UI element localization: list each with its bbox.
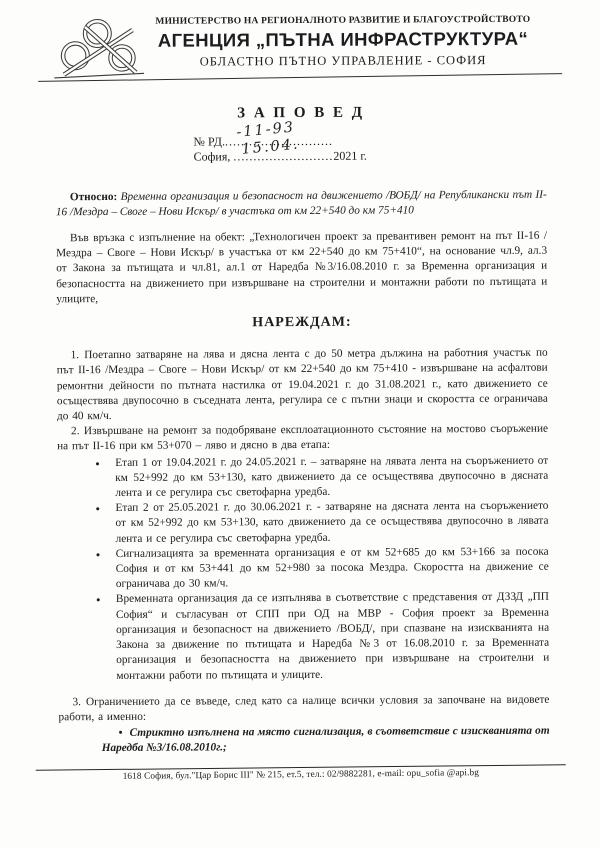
footer-address: 1618 София, бул."Цар Борис III" № 215, е… <box>36 765 566 783</box>
city-date-line: София, .........................15.04.20… <box>194 149 409 165</box>
order-number-prefix: № РД. <box>193 135 224 149</box>
subject-label: Относно: <box>70 191 117 203</box>
ministry-line: МИНИСТЕРСТВО НА РЕГИОНАЛНОТО РАЗВИТИЕ И … <box>126 15 560 27</box>
list-item: Временната организация да се изпълнява в… <box>116 590 549 683</box>
list-item: Етап 1 от 19.04.2021 г. до 24.05.2021 г.… <box>115 453 548 501</box>
year-suffix: 2021 г. <box>333 149 367 163</box>
order-item-3: 3. Ограничението да се въведе, след като… <box>58 692 549 725</box>
letterhead: МИНИСТЕРСТВО НА РЕГИОНАЛНОТО РАЗВИТИЕ И … <box>126 15 560 70</box>
bullet-marker: • <box>119 727 130 739</box>
order-item-1: 1. Поетапно затваряне на лява и дясна ле… <box>57 346 548 425</box>
order-item-2: 2. Извършване на ремонт за подобряване е… <box>57 422 548 455</box>
subject-text: Временна организация и безопасност на дв… <box>56 188 547 218</box>
command-heading: НАРЕЖДАМ: <box>56 314 547 332</box>
sub-bullet-text: Стриктно изпълнена на място сигнализация… <box>102 725 550 755</box>
agency-name-line: АГЕНЦИЯ „ПЪТНА ИНФРАСТРУКТУРА“ <box>126 28 560 52</box>
order-number-block: № РД............................-11-93 С… <box>193 134 408 166</box>
sub-bullet-item: •Стриктно изпълнена на място сигнализаци… <box>59 724 550 757</box>
scanned-order-page: МИНИСТЕРСТВО НА РЕГИОНАЛНОТО РАЗВИТИЕ И … <box>0 0 600 848</box>
intro-paragraph: Във връзка с изпълнение на обект: „Техно… <box>56 229 547 308</box>
list-item: Сигнализацията за временната организация… <box>116 545 549 593</box>
footer: 1618 София, бул."Цар Борис III" № 215, е… <box>36 764 566 783</box>
department-line: ОБЛАСТНО ПЪТНО УПРАВЛЕНИЕ - СОФИЯ <box>126 53 560 70</box>
bullet-list: Етап 1 от 19.04.2021 г. до 24.05.2021 г.… <box>57 453 549 684</box>
order-body: З А П О В Е Д № РД......................… <box>55 105 549 757</box>
subject-paragraph: Относно: Временна организация и безопасн… <box>56 187 547 220</box>
order-title: З А П О В Е Д <box>55 105 546 123</box>
list-item: Етап 2 от 25.05.2021 г. до 30.06.2021 г.… <box>115 499 548 547</box>
order-number-line: № РД............................-11-93 <box>193 134 408 150</box>
city-prefix: София, <box>194 150 234 164</box>
